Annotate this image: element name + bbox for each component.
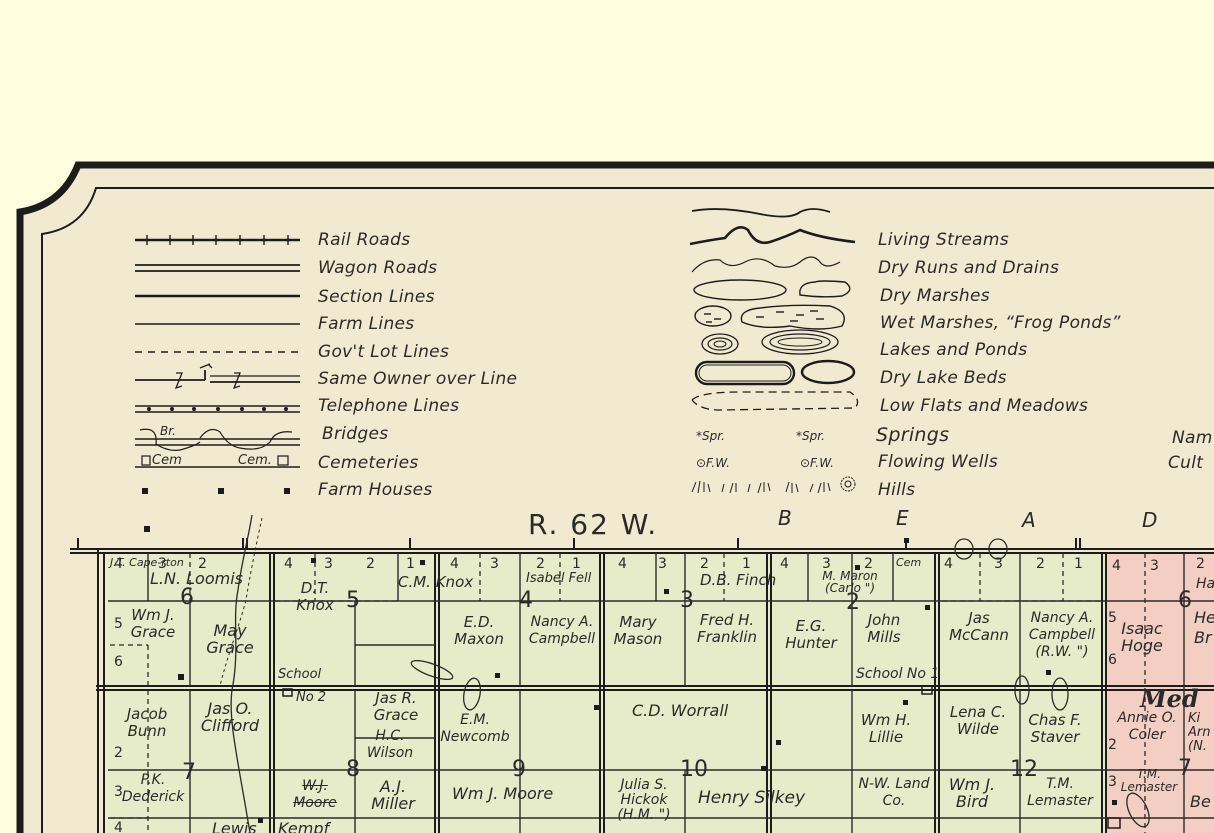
legend-label-springs: Springs — [876, 424, 949, 446]
legend-label-flowing-wells: Flowing Wells — [878, 452, 998, 472]
town-name-cutoff: Med — [1140, 684, 1199, 713]
legend-label-lakes-ponds: Lakes and Ponds — [880, 340, 1027, 360]
lot-number: 2 — [700, 556, 709, 572]
legend-label-bridges: Bridges — [322, 424, 388, 444]
lot-number: 4 — [450, 556, 459, 572]
lot-number: 1 — [572, 556, 581, 572]
lot-number: 2 — [366, 556, 375, 572]
owner-jas-mccann: Jas McCann — [940, 610, 1018, 644]
legend-label-hills: Hills — [878, 480, 915, 500]
lot-number: 3 — [490, 556, 499, 572]
map-linework — [0, 0, 1214, 833]
section-number-5: 5 — [346, 588, 360, 613]
owner-tm-lemaster-b: T.M. Lemaster — [1114, 768, 1184, 794]
lot-number: 2 — [536, 556, 545, 572]
spring-mark-left: *Spr. — [696, 429, 725, 443]
section-number-9: 9 — [512, 757, 526, 782]
owner-julia-hickok: Julia S. Hickok (H.M. ") — [606, 778, 682, 823]
owner-em-newcomb: E.M. Newcomb — [440, 712, 510, 746]
owner-nancy-campbell: Nancy A. Campbell — [522, 614, 602, 648]
owner-cm-knox: C.M. Knox — [398, 574, 473, 591]
lot-number: 6 — [114, 654, 123, 670]
owner-wm-grace: Wm J. Grace — [118, 607, 188, 641]
legend-label-cemeteries: Cemeteries — [318, 453, 419, 473]
legend-label-section-lines: Section Lines — [318, 287, 435, 307]
owner-nancy-campbell-rw: Nancy A. Campbell (R.W. ") — [1020, 610, 1104, 661]
label-school-no2: No 2 — [296, 690, 326, 705]
owner-may-grace: May Grace — [195, 622, 265, 656]
owner-wj-moore-struck: W.J. Moore — [280, 778, 350, 812]
lot-number: 1 — [406, 556, 415, 572]
legend-label-low-flats: Low Flats and Meadows — [880, 396, 1088, 416]
owner-john-mills: John Mills — [854, 612, 914, 646]
owner-pk-dederick: P.K. Dederick — [118, 772, 188, 806]
legend-label-farm-houses: Farm Houses — [318, 480, 433, 500]
owner-ha-cutoff: Ha — [1196, 576, 1214, 592]
owner-kempf: Kempf — [278, 820, 329, 833]
owner-fred-franklin: Fred H. Franklin — [688, 612, 766, 646]
section-number-10: 10 — [680, 757, 708, 782]
lot-number: 4 — [1112, 558, 1121, 574]
owner-dt-knox: D.T. Knox — [285, 580, 345, 614]
cemetery-mark-right: Cem. — [238, 453, 272, 468]
owner-ed-maxon: E.D. Maxon — [444, 614, 514, 648]
lot-number: 3 — [994, 556, 1003, 572]
owner-henry-silkey: Henry Silkey — [698, 790, 805, 807]
section-number-4: 4 — [519, 588, 533, 613]
owner-jas-clifford: Jas O. Clifford — [190, 700, 270, 734]
owner-annie-coler: Annie O. Coler — [1114, 710, 1180, 744]
owner-m-maron: M. Maron (Carlo ") — [808, 570, 892, 594]
well-mark-left: ⊙F.W. — [696, 456, 730, 470]
lot-number: 1 — [742, 556, 751, 572]
label-school: School — [278, 667, 321, 682]
spring-mark-right: *Spr. — [796, 429, 825, 443]
owner-jacob-bunn: Jacob Bunn — [112, 706, 182, 740]
legend-label-living-streams: Living Streams — [878, 230, 1009, 250]
owner-aj-miller: A.J. Miller — [358, 778, 428, 812]
legend-cutoff-name: Nam — [1172, 428, 1213, 448]
legend-label-same-owner: Same Owner over Line — [318, 369, 517, 389]
owner-wm-lillie: Wm H. Lillie — [856, 712, 916, 746]
county-letter-d: D — [1142, 508, 1157, 532]
lot-number: 3 — [658, 556, 667, 572]
county-letter-b: B — [778, 506, 792, 530]
lot-number: 4 — [114, 820, 123, 833]
owner-eg-hunter: E.G. Hunter — [772, 618, 850, 652]
county-letter-e: E — [896, 506, 909, 530]
lot-number: 2 — [1196, 556, 1205, 572]
county-letter-a: A — [1022, 508, 1036, 532]
owner-loomis: L.N. Loomis — [150, 570, 243, 587]
owner-capeton: J.T. Cape-rton — [110, 557, 146, 568]
cemetery-mark-left: Cem — [152, 453, 182, 468]
legend-label-wet-marshes: Wet Marshes, “Frog Ponds” — [880, 313, 1121, 333]
lot-number: 3 — [1150, 558, 1159, 574]
range-label: R. 62 W. — [528, 508, 658, 541]
owner-lewis: Lewis — [212, 820, 257, 833]
lot-number: 1 — [1074, 556, 1083, 572]
legend-label-dry-lake-beds: Dry Lake Beds — [880, 368, 1007, 388]
owner-wm-moore: Wm J. Moore — [452, 785, 553, 802]
owner-jas-r-grace: Jas R. Grace — [358, 690, 434, 724]
legend-cutoff-culture: Cult — [1168, 453, 1203, 473]
lot-number: 4 — [618, 556, 627, 572]
owner-isaac-hoge: Isaac Hoge — [1112, 620, 1172, 654]
legend-label-wagon-roads: Wagon Roads — [318, 258, 437, 278]
legend-label-telephone-lines: Telephone Lines — [318, 396, 459, 416]
lot-number: 2 — [1036, 556, 1045, 572]
legend-label-railroads: Rail Roads — [318, 230, 410, 250]
owner-isabel-fell: Isabel Fell — [526, 571, 591, 586]
owner-hc-wilson: H.C. Wilson — [358, 728, 422, 762]
owner-be-cutoff: Be — [1190, 792, 1211, 811]
bridge-mark: Br. — [160, 424, 176, 438]
lot-number: 3 — [324, 556, 333, 572]
owner-ki-arn-cutoff: Ki Arn (N. — [1188, 712, 1214, 754]
owner-db-finch: D.B. Finch — [700, 572, 776, 589]
section-number-3: 3 — [680, 588, 694, 613]
legend-label-dry-marshes: Dry Marshes — [880, 286, 990, 306]
owner-chas-staver: Chas F. Staver — [1022, 712, 1088, 746]
owner-cd-worrall: C.D. Worrall — [632, 702, 728, 719]
owner-nw-land-co: N-W. Land Co. — [854, 776, 934, 810]
owner-wm-bird: Wm J. Bird — [942, 776, 1002, 810]
legend-label-govt-lot-lines: Gov't Lot Lines — [318, 342, 449, 362]
legend-label-dry-runs: Dry Runs and Drains — [878, 258, 1059, 278]
owner-tm-lemaster: T.M. Lemaster — [1020, 776, 1100, 810]
owner-lena-wilde: Lena C. Wilde — [942, 704, 1014, 738]
lot-number: 4 — [944, 556, 953, 572]
owner-he-br-cutoff: He Br — [1194, 608, 1214, 648]
section-number-6b: 6 — [1178, 588, 1192, 613]
owner-mary-mason: Mary Mason — [608, 614, 668, 648]
lot-number: 4 — [780, 556, 789, 572]
label-school-no1: School No 1 — [856, 666, 939, 682]
well-mark-right: ⊙F.W. — [800, 456, 834, 470]
legend-label-farm-lines: Farm Lines — [318, 314, 414, 334]
lot-number: 4 — [284, 556, 293, 572]
lot-number: 2 — [114, 745, 123, 761]
lot-number: 6 — [1108, 652, 1117, 668]
label-cem: Cem — [896, 556, 921, 569]
